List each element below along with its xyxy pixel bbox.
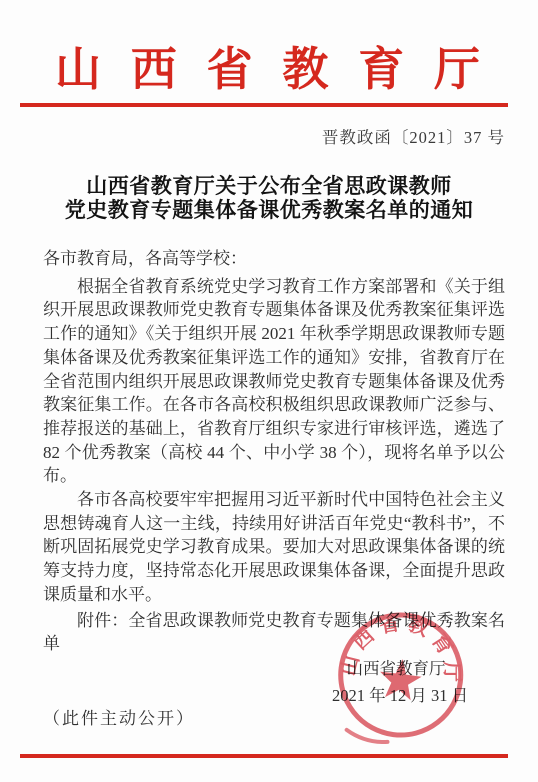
document-title: 山西省教育厅关于公布全省思政课教师 党史教育专题集体备课优秀教案名单的通知 bbox=[0, 174, 538, 222]
document-title-line2: 党史教育专题集体备课优秀教案名单的通知 bbox=[0, 198, 538, 222]
body-paragraph-1: 根据全省教育系统党史学习教育工作方案部署和《关于组织开展思政课教师党史教育专题集… bbox=[43, 275, 505, 488]
agency-name-char: 省 bbox=[207, 42, 253, 98]
body-paragraph-2: 各市各高校要牢牢把握用习近平新时代中国特色社会主义思想铸魂育人这一主线，持续用好… bbox=[43, 488, 505, 607]
document-number: 晋教政函〔2021〕37 号 bbox=[322, 127, 505, 148]
document-body: 各市教育局，各高等学校： 根据全省教育系统党史学习教育工作方案部署和《关于组织开… bbox=[43, 247, 505, 656]
footer-divider-rule bbox=[20, 754, 508, 758]
letterhead-divider-rule bbox=[20, 103, 508, 107]
signature-agency: 山西省教育厅 bbox=[340, 658, 452, 680]
seal-ink-smudge bbox=[346, 730, 389, 743]
document-title-line1: 山西省教育厅关于公布全省思政课教师 bbox=[0, 174, 538, 198]
public-disclosure-note: （此件主动公开） bbox=[43, 708, 195, 730]
agency-name-char: 教 bbox=[282, 42, 328, 98]
agency-name-char: 西 bbox=[131, 42, 177, 98]
agency-name-char: 厅 bbox=[434, 42, 480, 98]
document-page: 山 西 省 教 育 厅 晋教政函〔2021〕37 号 山西省教育厅关于公布全省思… bbox=[0, 0, 538, 782]
agency-name-char: 育 bbox=[358, 42, 404, 98]
agency-name-char: 山 bbox=[55, 42, 101, 98]
signature-date: 2021 年 12 月 31 日 bbox=[330, 685, 470, 707]
salutation: 各市教育局，各高等学校： bbox=[43, 247, 505, 271]
letterhead-agency-name: 山 西 省 教 育 厅 bbox=[55, 42, 480, 98]
attachment-line: 附件：全省思政课教师党史教育专题集体备课优秀教案名单 bbox=[43, 609, 505, 656]
